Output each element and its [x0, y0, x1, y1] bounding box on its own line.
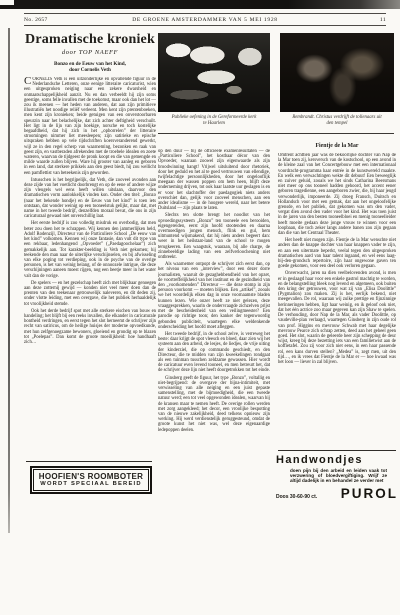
- article-paragraph: op den duur — bij de officieele examenre…: [158, 149, 270, 211]
- article-paragraph: Het heeft niet mogen zijn. Fientje de la…: [278, 238, 396, 269]
- section-heading-fientje: Fientje de la Mar: [278, 143, 396, 149]
- article-paragraph: Het eerste bedrijf is zoo volledig misdr…: [24, 221, 156, 278]
- article-paragraph: Als waarnemer ontpopt de schrijver zich …: [158, 262, 270, 330]
- photo-right-caption: Rembrandt. Christus verdrijft de tollena…: [278, 115, 396, 126]
- article-column-1: CORNELIS Veth is een uitzonderlijke en o…: [24, 77, 156, 458]
- subtitle-line2: door Cornelis Veth: [22, 67, 158, 73]
- scan-border-notch: [0, 0, 14, 5]
- caption-left-line2: te Haarlem: [150, 121, 278, 127]
- article-paragraph: Omtrent achttien jaar was de bekoorlijke…: [278, 153, 396, 236]
- article-paragraph: Het tweede bedrijf, in de school zelve, …: [158, 332, 270, 374]
- issue-number: No. 2657: [24, 17, 94, 23]
- page-number: 11: [316, 17, 386, 23]
- masthead: No. 2657 DE GROENE AMSTERDAMMER VAN 5 ME…: [24, 13, 386, 26]
- article-header: Dramatische kroniek door TOP NAEFF Bonzo…: [22, 32, 158, 73]
- caption-right-line2: den tempel: [278, 121, 396, 127]
- purol-bottom-row: Doos 30-60-90 ct. PUROL: [276, 487, 398, 500]
- article-paragraph: Ook het derde bedrijf spot met alle ster…: [24, 309, 156, 345]
- article-byline: door TOP NAEFF: [22, 49, 158, 56]
- masthead-title: DE GROENE AMSTERDAMMER VAN 5 MEI 1928: [94, 17, 316, 23]
- caption-right-line1: Rembrandt. Christus verdrijft de tollena…: [278, 115, 396, 121]
- article-column-3: Omtrent achttien jaar was de bekoorlijke…: [278, 153, 396, 441]
- photo-left-caption: Publieke oefening in de Gereformeerde ke…: [150, 115, 278, 126]
- purol-body-text: doen pijn bij den arbeid en leiden vaak …: [290, 468, 387, 484]
- ad-purol: Handwondjes doen pijn bij den arbeid en …: [276, 454, 398, 506]
- photo-rembrandt-painting: [280, 33, 394, 112]
- article-paragraph: Onverwacht, jaren na dien veelbelovenden…: [278, 271, 396, 365]
- scan-border-top: [0, 0, 400, 9]
- photo-church-interior: [158, 33, 270, 112]
- article-column-2: op den duur — bij de officieele examenre…: [158, 149, 270, 498]
- article-paragraph: De spelers — en het gezelschap heeft zic…: [24, 281, 156, 307]
- purol-price: Doos 30-60-90 ct.: [276, 494, 317, 500]
- article-paragraph: Ginsberg geeft de figuur, het type „Bonz…: [158, 376, 270, 433]
- purol-brand: PUROL: [341, 487, 398, 500]
- photos-divider-rule: [158, 133, 394, 134]
- article-subtitle: Bonzo en de Eeuw van het Kind, door Corn…: [22, 61, 158, 73]
- newspaper-page: No. 2657 DE GROENE AMSTERDAMMER VAN 5 ME…: [0, 0, 400, 615]
- article-paragraph: CORNELIS Veth is een uitzonderlijke en o…: [24, 77, 156, 176]
- purol-headline: Handwondjes: [276, 454, 398, 466]
- ad-hoofiens-roomboter: HOOFIEN'S ROOMBOTER WORDT SPECIAAL BEREI…: [30, 466, 152, 494]
- scan-edge-line: [8, 28, 10, 533]
- article-title: Dramatische kroniek: [22, 32, 158, 47]
- column3-end-rule: [278, 450, 396, 451]
- article-paragraph: Intusschen is het begrijpelijk, dat Veth…: [24, 178, 156, 220]
- ad-hoofiens-inner-frame: HOOFIEN'S ROOMBOTER WORDT SPECIAAL BEREI…: [33, 469, 149, 491]
- ad-hoofiens-line1: HOOFIEN'S ROOMBOTER: [39, 472, 144, 481]
- ad-hoofiens-line2: WORDT SPECIAAL BEREID: [40, 481, 141, 488]
- column1-end-rule: [26, 461, 152, 462]
- article-paragraph: Slechts ten slotte brengt het noodlot va…: [158, 213, 270, 260]
